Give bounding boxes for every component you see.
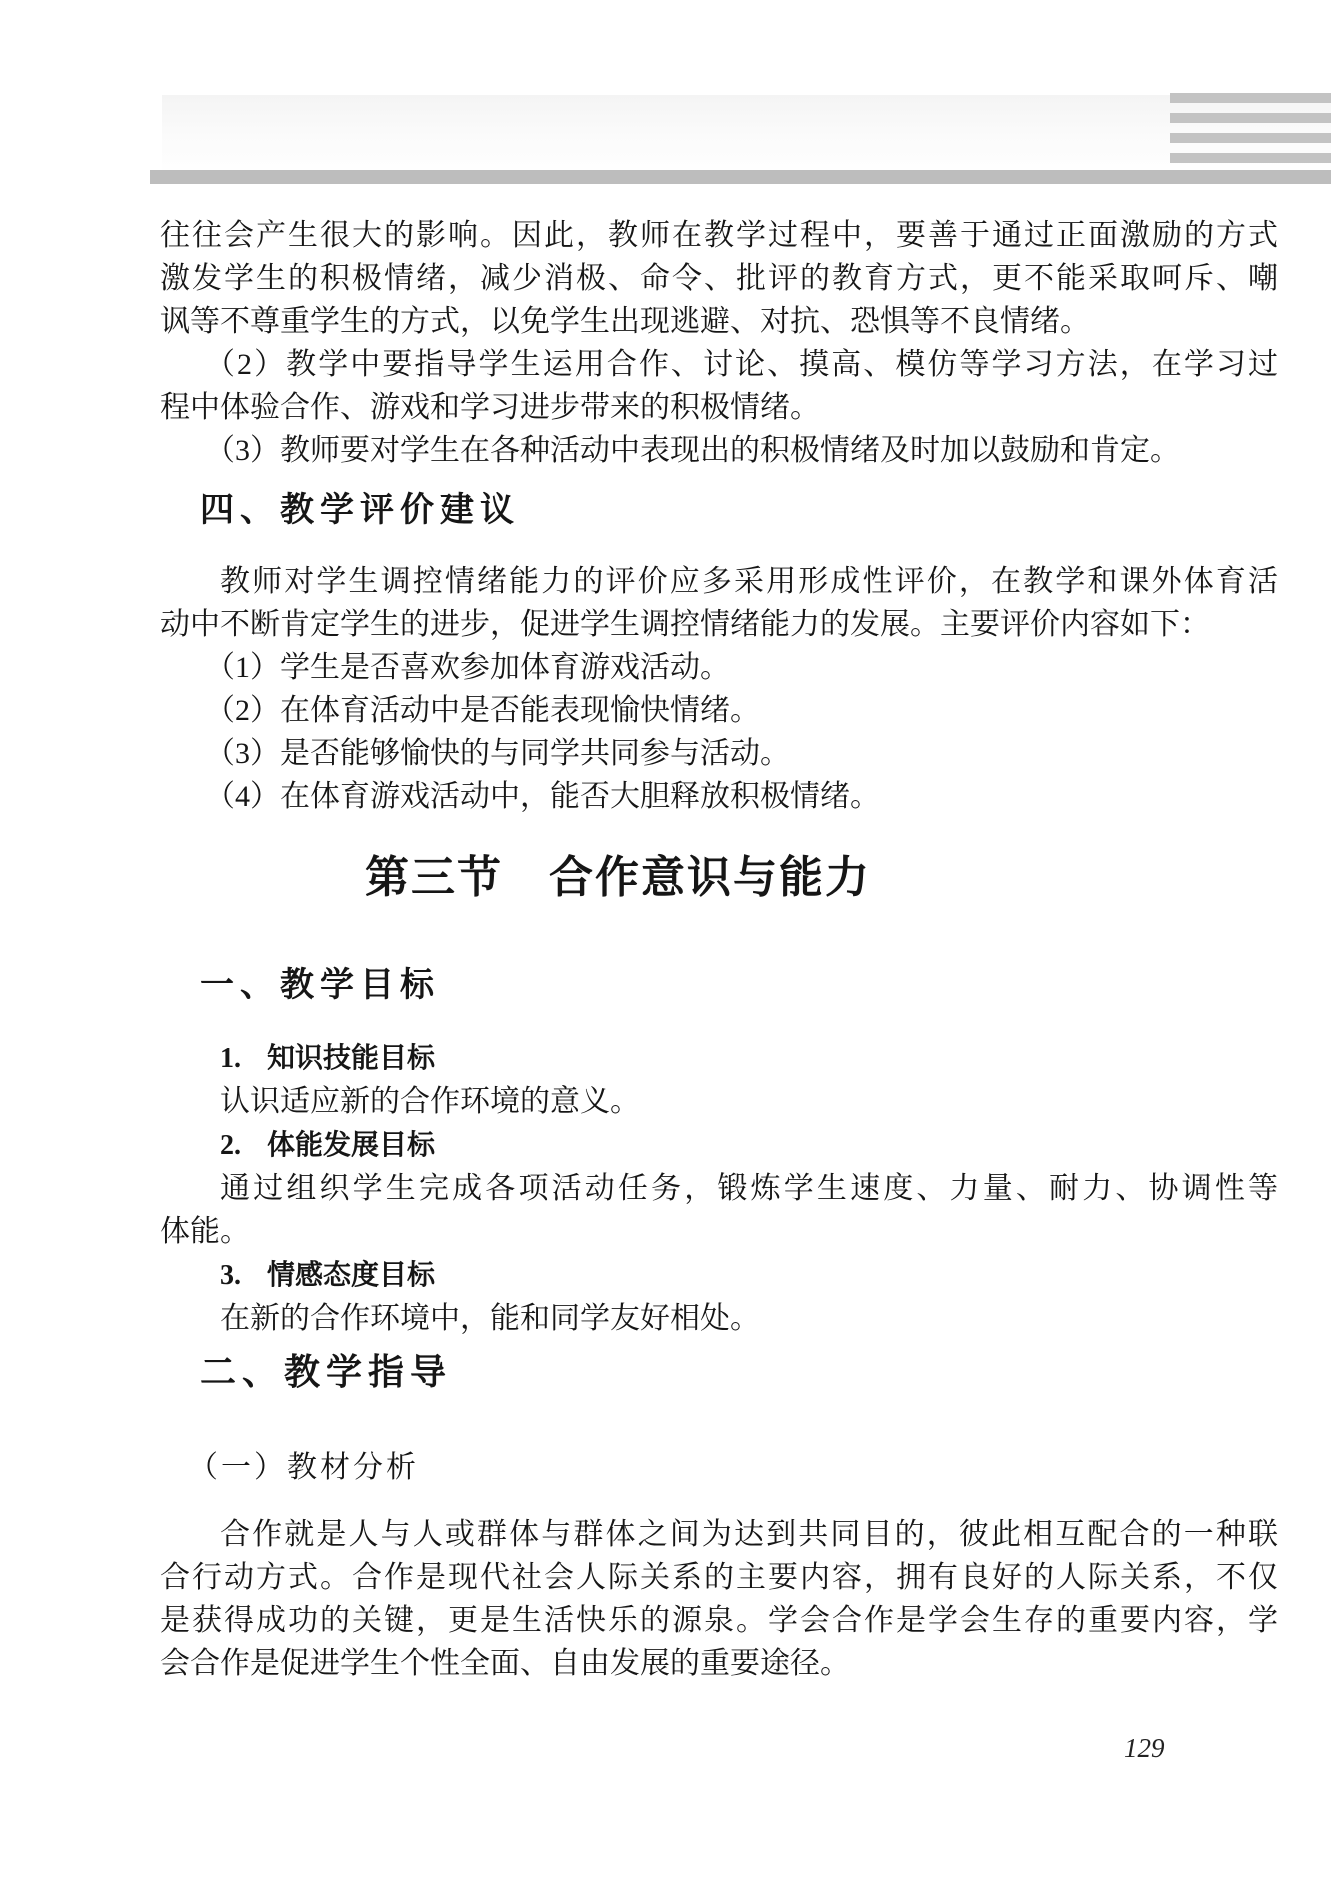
- goal-item-number: 3.: [220, 1260, 241, 1291]
- body-line: 会合作是促进学生个性全面、自由发展的重要途径。: [160, 1642, 1278, 1685]
- body-line: 激发学生的积极情绪，减少消极、命令、批评的教育方式，更不能采取呵斥、嘲: [160, 257, 1278, 300]
- body-line: 动中不断肯定学生的进步，促进学生调控情绪能力的发展。主要评价内容如下：: [160, 603, 1278, 646]
- heading-evaluation: 四、教学评价建议: [160, 491, 1278, 531]
- body-line: 合作就是人与人或群体与群体之间为达到共同目的，彼此相互配合的一种联: [160, 1513, 1278, 1556]
- goal-item-label: 知识技能目标: [267, 1042, 435, 1073]
- body-line: 往往会产生很大的影响。因此，教师在教学过程中，要善于通过正面激励的方式: [160, 214, 1278, 257]
- body-line: 认识适应新的合作环境的意义。: [160, 1080, 1278, 1123]
- text-column: 往往会产生很大的影响。因此，教师在教学过程中，要善于通过正面激励的方式 激发学生…: [160, 0, 1278, 1685]
- goal-item-number: 1.: [220, 1043, 241, 1074]
- body-line: 教师对学生调控情绪能力的评价应多采用形成性评价，在教学和课外体育活: [160, 560, 1278, 603]
- body-line: 讽等不尊重学生的方式，以免学生出现逃避、对抗、恐惧等不良情绪。: [160, 300, 1278, 343]
- body-line: 通过组织学生完成各项活动任务，锻炼学生速度、力量、耐力、协调性等: [160, 1167, 1278, 1210]
- list-item: （4）在体育游戏活动中，能否大胆释放积极情绪。: [160, 775, 1278, 818]
- goal-item-label: 体能发展目标: [267, 1129, 435, 1160]
- heading-teaching-guidance: 二、教学指导: [160, 1350, 1278, 1394]
- body-line: 合行动方式。合作是现代社会人际关系的主要内容，拥有良好的人际关系，不仅: [160, 1556, 1278, 1599]
- goals-section: 1.知识技能目标 认识适应新的合作环境的意义。 2.体能发展目标 通过组织学生完…: [160, 1036, 1278, 1340]
- goal-item-number: 2.: [220, 1130, 241, 1161]
- body-line: 是获得成功的关键，更是生活快乐的源泉。学会合作是学会生存的重要内容，学: [160, 1599, 1278, 1642]
- goal-item-title: 3.情感态度目标: [160, 1253, 1278, 1297]
- goal-item-title: 1.知识技能目标: [160, 1036, 1278, 1080]
- body-line: 体能。: [160, 1210, 1278, 1253]
- list-item: （2）在体育活动中是否能表现愉快情绪。: [160, 689, 1278, 732]
- list-item-continuation: 程中体验合作、游戏和学习进步带来的积极情绪。: [160, 386, 1278, 429]
- goal-item-title: 2.体能发展目标: [160, 1123, 1278, 1167]
- section-title: 第三节 合作意识与能力: [160, 853, 1278, 903]
- list-item: （3）是否能够愉快的与同学共同参与活动。: [160, 732, 1278, 775]
- goal-item-label: 情感态度目标: [267, 1259, 435, 1290]
- list-item: （1）学生是否喜欢参加体育游戏活动。: [160, 646, 1278, 689]
- list-item: （3）教师要对学生在各种活动中表现出的积极情绪及时加以鼓励和肯定。: [160, 429, 1278, 472]
- evaluation-section: 教师对学生调控情绪能力的评价应多采用形成性评价，在教学和课外体育活 动中不断肯定…: [160, 560, 1278, 818]
- list-item: （2）教学中要指导学生运用合作、讨论、摸高、模仿等学习方法，在学习过: [160, 343, 1278, 386]
- subheading-material-analysis: （一）教材分析: [160, 1450, 1278, 1486]
- body-line: 在新的合作环境中，能和同学友好相处。: [160, 1297, 1278, 1340]
- heading-teaching-goals: 一、教学目标: [160, 966, 1278, 1006]
- page-number: 129: [1124, 1733, 1165, 1763]
- book-page: 往往会产生很大的影响。因此，教师在教学过程中，要善于通过正面激励的方式 激发学生…: [0, 0, 1331, 1884]
- analysis-section: 合作就是人与人或群体与群体之间为达到共同目的，彼此相互配合的一种联 合行动方式。…: [160, 1513, 1278, 1685]
